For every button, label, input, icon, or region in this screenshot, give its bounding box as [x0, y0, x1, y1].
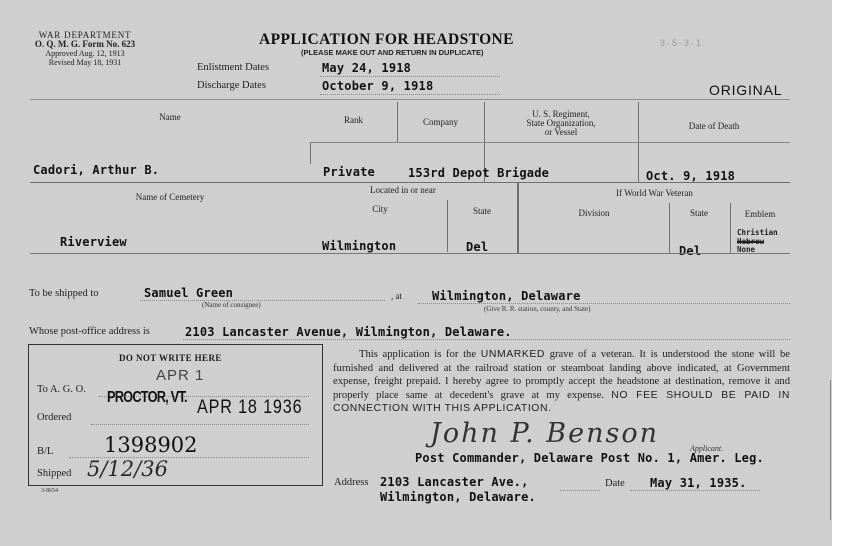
discharge-label: Discharge Dates: [197, 80, 266, 91]
header-name: Name: [30, 112, 310, 122]
enlistment-dotted-line: [320, 76, 500, 77]
revised-date: Revised May 18, 1931: [30, 58, 140, 67]
enlistment-label: Enlistment Dates: [197, 62, 269, 73]
regiment-line: or Vessel: [484, 128, 638, 137]
station-dotted-line: [418, 303, 790, 304]
header-emblem: Emblem: [730, 209, 790, 219]
applicant-address-label: Address: [334, 477, 368, 488]
header-wwv: If World War Veteran: [519, 188, 790, 198]
headstone-application-form: WAR DEPARTMENT O. Q. M. G. Form No. 623 …: [0, 0, 832, 546]
table-top-rule: [30, 99, 790, 100]
consignee-caption: (Name of consignee): [202, 301, 261, 309]
form-number: O. Q. M. G. Form No. 623: [30, 40, 140, 49]
statement-text-1: This application is for the: [359, 349, 476, 360]
header-rank: Rank: [310, 115, 397, 125]
form-subtitle: (PLEASE MAKE OUT AND RETURN IN DUPLICATE…: [301, 48, 484, 57]
rank-value: Private: [323, 165, 375, 179]
header-state: State: [447, 206, 517, 216]
copy-label: ORIGINAL: [709, 82, 782, 98]
application-date-label: Date: [605, 478, 625, 489]
post-office-address-label: Whose post-office address is: [29, 326, 150, 337]
ordered-date-stamp: APR 18 1936: [197, 397, 302, 419]
ordered-place-stamp: PROCTOR, VT.: [107, 389, 187, 407]
header-division: Division: [519, 208, 669, 218]
office-use-box: DO NOT WRITE HERE APR 1 To A. G. O. PROC…: [28, 344, 323, 486]
ordered-dotted-line: [91, 424, 309, 425]
enlistment-value: May 24, 1918: [322, 61, 411, 75]
consignee-dotted-line: [140, 300, 385, 301]
divider: [310, 142, 311, 164]
date-of-death-value: Oct. 9, 1918: [646, 169, 735, 183]
header-regiment: U. S. Regiment, State Organization, or V…: [484, 110, 638, 137]
row1-bottom-rule: [30, 182, 790, 183]
wwv-state-value: Del: [679, 244, 701, 258]
cemetery-value: Riverview: [60, 235, 127, 249]
scan-edge-line: [830, 380, 831, 520]
applicant-address-line2: Wilmington, Delaware.: [380, 490, 536, 504]
header-located: Located in or near: [370, 185, 436, 195]
table-bottom-rule: [30, 253, 790, 254]
row1-header-rule: [310, 142, 790, 143]
shipped-label: Shipped: [37, 468, 71, 479]
application-date-value: May 31, 1935.: [650, 476, 747, 490]
office-box-heading: DO NOT WRITE HERE: [119, 353, 222, 363]
discharge-value: October 9, 1918: [322, 79, 433, 93]
city-value: Wilmington: [322, 239, 396, 253]
decedent-name: Cadori, Arthur B.: [33, 163, 159, 177]
address-date-spacer-line: [560, 490, 600, 491]
date-dotted-line: [630, 490, 760, 491]
form-title: APPLICATION FOR HEADSTONE: [259, 31, 514, 49]
post-office-address-value: 2103 Lancaster Avenue, Wilmington, Delaw…: [185, 325, 512, 339]
ago-label: To A. G. O.: [37, 384, 86, 395]
form-code: 3-8654: [41, 488, 58, 494]
bl-label: B/L: [37, 446, 53, 457]
form-identifier: WAR DEPARTMENT O. Q. M. G. Form No. 623 …: [30, 31, 140, 67]
discharge-dotted-line: [320, 94, 500, 95]
applicant-signature: John P. Benson: [430, 418, 659, 449]
ago-date-stamp: APR 1: [156, 367, 204, 384]
emblem-options: Christian Hebrew None: [737, 229, 778, 255]
header-date-of-death: Date of Death: [638, 121, 790, 131]
consignee-value: Samuel Green: [144, 286, 233, 300]
bl-number: 1398902: [104, 433, 198, 457]
company-regiment-value: 153rd Depot Brigade: [408, 166, 549, 180]
address-dotted-line: [183, 339, 790, 340]
corner-mark: 3-5-3-1: [660, 38, 703, 48]
applicant-title: Post Commander, Delaware Post No. 1, Ame…: [415, 451, 764, 465]
statement-unmarked: UNMARKED: [481, 349, 545, 360]
station-value: Wilmington, Delaware: [432, 289, 581, 303]
statement-paragraph: This application is for the UNMARKED gra…: [333, 348, 790, 416]
header-city: City: [340, 204, 420, 214]
ordered-label: Ordered: [37, 412, 71, 423]
header-cemetery: Name of Cemetery: [30, 192, 310, 202]
header-company: Company: [397, 117, 484, 127]
station-caption: (Give R. R. station, county, and State): [484, 305, 590, 313]
applicant-address-line1: 2103 Lancaster Ave.,: [380, 475, 529, 489]
at-label: , at: [391, 291, 402, 301]
state-value: Del: [466, 240, 488, 254]
header-wwv-state: State: [669, 208, 729, 218]
approved-date: Approved Aug. 12, 1913: [30, 49, 140, 58]
shipped-date-handwritten: 5/12/36: [87, 457, 168, 481]
shipped-to-label: To be shipped to: [29, 288, 99, 299]
